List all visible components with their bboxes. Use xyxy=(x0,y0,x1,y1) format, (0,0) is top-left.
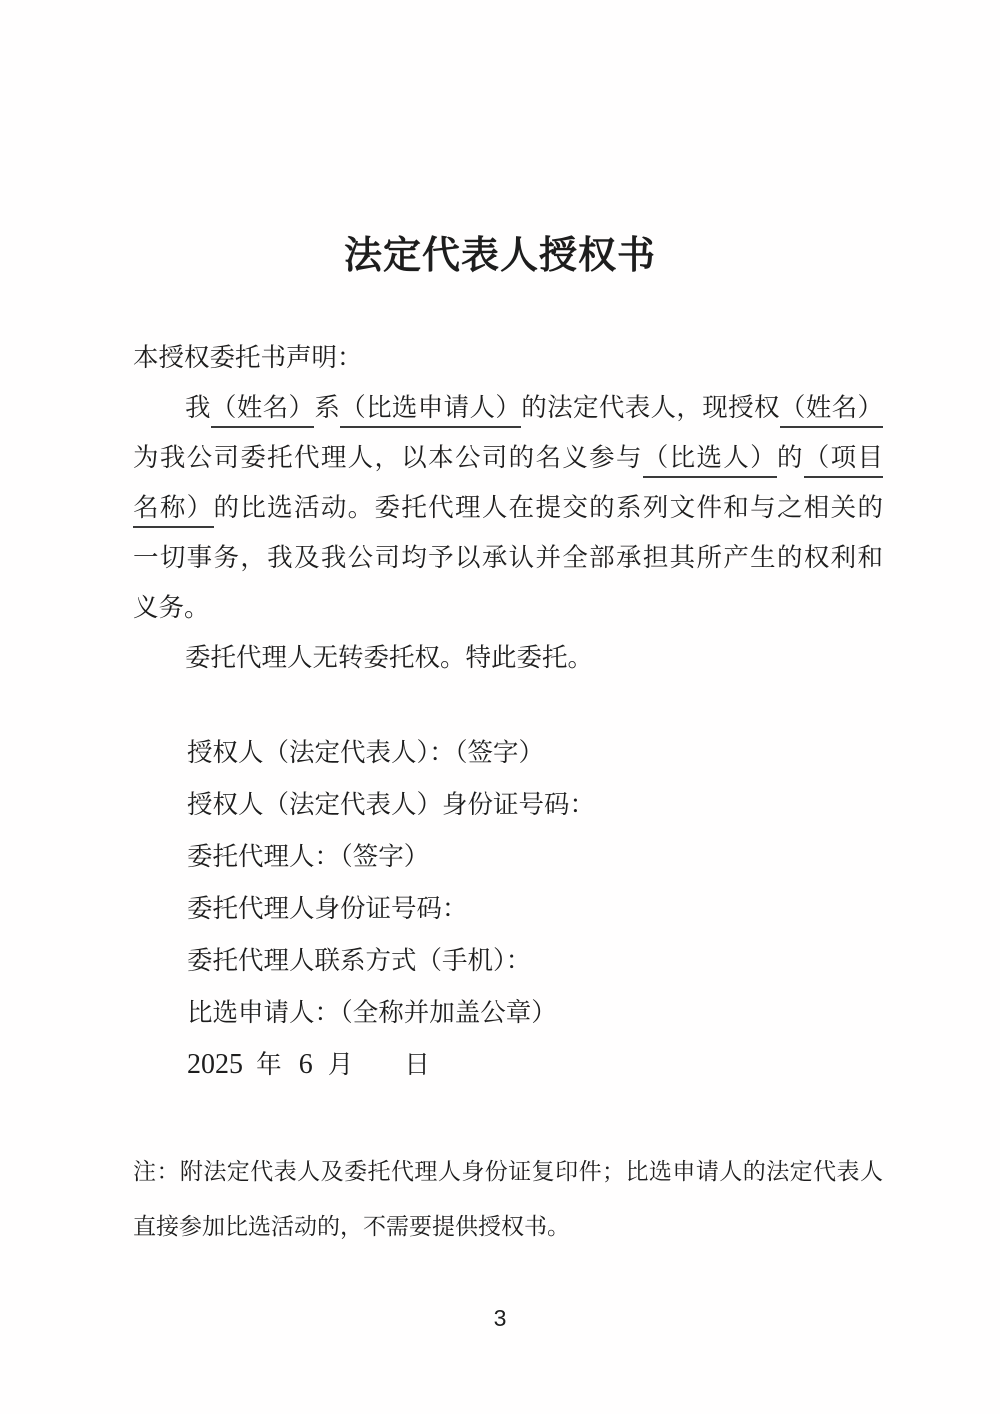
text-segment: 的法定代表人，现授权 xyxy=(521,394,780,422)
body-line: 为我公司委托代理人，以本公司的名义参与（比选人）的（项目 xyxy=(133,433,883,483)
text-segment: 我 xyxy=(185,394,211,422)
body-line: 义务。 xyxy=(133,583,883,633)
date-year: 2025 xyxy=(187,1049,243,1080)
date-year-label: 年 xyxy=(256,1051,282,1079)
document-title: 法定代表人授权书 xyxy=(0,232,1000,280)
date-day-label: 日 xyxy=(404,1051,430,1079)
signature-block: 授权人（法定代表人）：（签字）授权人（法定代表人）身份证号码：委托代理人：（签字… xyxy=(187,727,595,1039)
text-segment: 一切事务，我及我公司均予以承认并全部承担其所产生的权利和 xyxy=(133,544,883,572)
signature-line: 比选申请人：（全称并加盖公章） xyxy=(187,987,595,1039)
fill-in-blank-underlined: （姓名） xyxy=(780,394,883,428)
fill-in-blank-underlined: （比选人） xyxy=(643,444,777,478)
signature-line: 委托代理人联系方式（手机）： xyxy=(187,935,595,987)
fill-in-blank-underlined: （项目 xyxy=(804,444,883,478)
body-line: 我（姓名）系（比选申请人）的法定代表人，现授权（姓名） xyxy=(133,383,883,433)
signature-line: 授权人（法定代表人）：（签字） xyxy=(187,727,595,779)
page-number: 3 xyxy=(0,1303,1000,1333)
text-segment: 为我公司委托代理人，以本公司的名义参与 xyxy=(133,444,643,472)
document-page: 法定代表人授权书 本授权委托书声明：我（姓名）系（比选申请人）的法定代表人，现授… xyxy=(0,0,1000,1414)
note-block: 注：附法定代表人及委托代理人身份证复印件；比选申请人的法定代表人直接参加比选活动… xyxy=(133,1144,883,1254)
body-line: 委托代理人无转委托权。特此委托。 xyxy=(133,633,883,683)
fill-in-blank-underlined: （比选申请人） xyxy=(340,394,521,428)
text-segment: 的 xyxy=(777,444,804,472)
body-line: 本授权委托书声明： xyxy=(133,333,883,383)
text-segment: 系 xyxy=(314,394,340,422)
note-line: 直接参加比选活动的，不需要提供授权书。 xyxy=(133,1199,883,1254)
text-segment: 的比选活动。委托代理人在提交的系列文件和与之相关的 xyxy=(214,494,883,522)
declaration-paragraph: 本授权委托书声明：我（姓名）系（比选申请人）的法定代表人，现授权（姓名）为我公司… xyxy=(133,333,883,683)
text-segment: 本授权委托书声明： xyxy=(133,344,363,372)
body-line: 一切事务，我及我公司均予以承认并全部承担其所产生的权利和 xyxy=(133,533,883,583)
signature-line: 授权人（法定代表人）身份证号码： xyxy=(187,779,595,831)
text-segment: 委托代理人无转委托权。特此委托。 xyxy=(185,644,593,672)
date-month-label: 月 xyxy=(328,1051,354,1079)
signature-line: 委托代理人：（签字） xyxy=(187,831,595,883)
text-segment: 义务。 xyxy=(133,594,210,622)
signature-line: 委托代理人身份证号码： xyxy=(187,883,595,935)
body-line: 名称）的比选活动。委托代理人在提交的系列文件和与之相关的 xyxy=(133,483,883,533)
date-month: 6 xyxy=(299,1049,313,1080)
fill-in-blank-underlined: 名称） xyxy=(133,494,214,528)
note-line: 注：附法定代表人及委托代理人身份证复印件；比选申请人的法定代表人 xyxy=(133,1144,883,1199)
fill-in-blank-underlined: （姓名） xyxy=(211,394,314,428)
date-line: 2025 年 6 月 日 xyxy=(187,1039,430,1091)
